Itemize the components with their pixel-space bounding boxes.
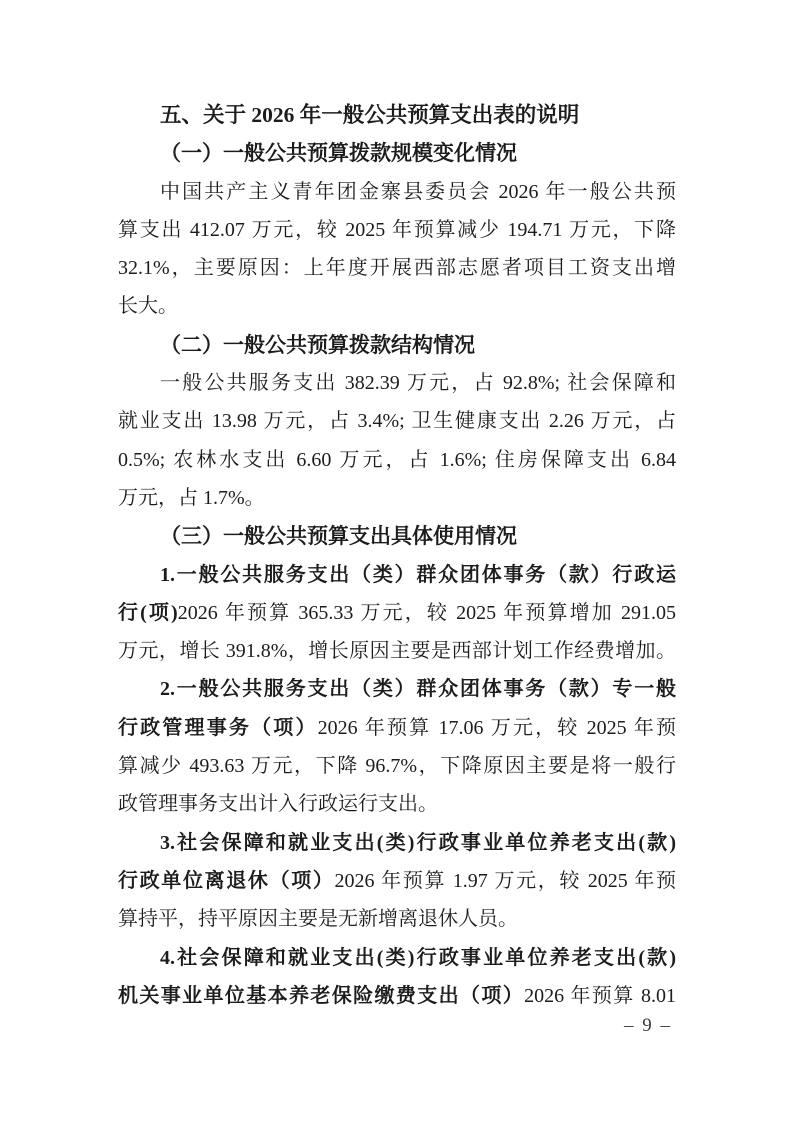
item-4-line: 机关事业单位基本养老保险缴费支出（项）2026 年预算 8.01 bbox=[118, 977, 676, 1015]
document-page: 五、关于 2026 年一般公共预算支出表的说明（一）一般公共预算拨款规模变化情况… bbox=[0, 0, 793, 1122]
bold-text-segment: （一）一般公共预算拨款规模变化情况 bbox=[160, 141, 517, 165]
para-structure-line: 万元，占 1.7%。 bbox=[118, 479, 676, 517]
bold-text-segment: 行政管理事务（项） bbox=[118, 717, 318, 739]
subsection-1-title: （一）一般公共预算拨款规模变化情况 bbox=[118, 134, 676, 172]
item-1-line: 行(项)2026 年预算 365.33 万元，较 2025 年预算增加 291.… bbox=[118, 594, 676, 632]
para-structure-line: 一般公共服务支出 382.39 万元，占 92.8%; 社会保障和 bbox=[118, 364, 676, 402]
text-segment: 2026 年预算 365.33 万元，较 2025 年预算增加 291.05 bbox=[178, 602, 676, 624]
bold-text-segment: （二）一般公共预算拨款结构情况 bbox=[160, 333, 475, 357]
bold-text-segment: 行(项) bbox=[118, 602, 178, 624]
item-2-line: 政管理事务支出计入行政运行支出。 bbox=[118, 785, 676, 823]
text-segment: 就业支出 13.98 万元，占 3.4%; 卫生健康支出 2.26 万元，占 bbox=[118, 410, 676, 432]
item-3-line: 3.社会保障和就业支出(类)行政事业单位养老支出(款) bbox=[118, 824, 676, 862]
document-body: 五、关于 2026 年一般公共预算支出表的说明（一）一般公共预算拨款规模变化情况… bbox=[118, 96, 676, 1015]
text-segment: 政管理事务支出计入行政运行支出。 bbox=[118, 793, 438, 815]
bold-text-segment: 2.一般公共服务支出（类）群众团体事务（款）专一般 bbox=[160, 678, 676, 700]
item-2-line: 2.一般公共服务支出（类）群众团体事务（款）专一般 bbox=[118, 670, 676, 708]
text-segment: 万元，增长 391.8%，增长原因主要是西部计划工作经费增加。 bbox=[118, 640, 676, 662]
text-segment: 中国共产主义青年团金寨县委员会 2026 年一般公共预 bbox=[160, 181, 676, 203]
bold-text-segment: 行政单位离退休（项） bbox=[118, 870, 335, 892]
bold-text-segment: 4.社会保障和就业支出(类)行政事业单位养老支出(款) bbox=[160, 947, 676, 969]
bold-text-segment: 1.一般公共服务支出（类）群众团体事务（款）行政运 bbox=[160, 564, 676, 586]
para-structure-line: 0.5%; 农林水支出 6.60 万元，占 1.6%; 住房保障支出 6.84 bbox=[118, 441, 676, 479]
subsection-3-title: （三）一般公共预算支出具体使用情况 bbox=[118, 517, 676, 555]
bold-text-segment: （三）一般公共预算支出具体使用情况 bbox=[160, 524, 517, 548]
item-2-line: 算减少 493.63 万元，下降 96.7%，下降原因主要是将一般行 bbox=[118, 747, 676, 785]
text-segment: 长大。 bbox=[118, 295, 178, 317]
item-4-line: 4.社会保障和就业支出(类)行政事业单位养老支出(款) bbox=[118, 939, 676, 977]
text-segment: 万元，占 1.7%。 bbox=[118, 487, 265, 509]
bold-text-segment: 五、关于 2026 年一般公共预算支出表的说明 bbox=[160, 103, 579, 127]
text-segment: 0.5%; 农林水支出 6.60 万元，占 1.6%; 住房保障支出 6.84 bbox=[118, 449, 676, 471]
para-structure-line: 就业支出 13.98 万元，占 3.4%; 卫生健康支出 2.26 万元，占 bbox=[118, 402, 676, 440]
text-segment: 算减少 493.63 万元，下降 96.7%，下降原因主要是将一般行 bbox=[118, 755, 676, 777]
para-scale-line: 中国共产主义青年团金寨县委员会 2026 年一般公共预 bbox=[118, 173, 676, 211]
section-title: 五、关于 2026 年一般公共预算支出表的说明 bbox=[118, 96, 676, 134]
text-segment: 2026 年预算 17.06 万元，较 2025 年预 bbox=[318, 717, 676, 739]
item-1-line: 1.一般公共服务支出（类）群众团体事务（款）行政运 bbox=[118, 556, 676, 594]
text-segment: 32.1%，主要原因：上年度开展西部志愿者项目工资支出增 bbox=[118, 257, 676, 279]
text-segment: 算持平，持平原因主要是无新增离退休人员。 bbox=[118, 908, 518, 930]
page-number: – 9 – bbox=[598, 1014, 698, 1038]
item-3-line: 行政单位离退休（项）2026 年预算 1.97 万元，较 2025 年预 bbox=[118, 862, 676, 900]
text-segment: 2026 年预算 1.97 万元，较 2025 年预 bbox=[335, 870, 676, 892]
text-segment: 算支出 412.07 万元，较 2025 年预算减少 194.71 万元，下降 bbox=[118, 219, 676, 241]
bold-text-segment: 机关事业单位基本养老保险缴费支出（项） bbox=[118, 985, 524, 1007]
para-scale-line: 长大。 bbox=[118, 287, 676, 325]
subsection-2-title: （二）一般公共预算拨款结构情况 bbox=[118, 326, 676, 364]
item-2-line: 行政管理事务（项）2026 年预算 17.06 万元，较 2025 年预 bbox=[118, 709, 676, 747]
para-scale-line: 算支出 412.07 万元，较 2025 年预算减少 194.71 万元，下降 bbox=[118, 211, 676, 249]
item-3-line: 算持平，持平原因主要是无新增离退休人员。 bbox=[118, 900, 676, 938]
para-scale-line: 32.1%，主要原因：上年度开展西部志愿者项目工资支出增 bbox=[118, 249, 676, 287]
text-segment: 一般公共服务支出 382.39 万元，占 92.8%; 社会保障和 bbox=[160, 372, 676, 394]
text-segment: 2026 年预算 8.01 bbox=[524, 985, 676, 1007]
bold-text-segment: 3.社会保障和就业支出(类)行政事业单位养老支出(款) bbox=[160, 832, 676, 854]
item-1-line: 万元，增长 391.8%，增长原因主要是西部计划工作经费增加。 bbox=[118, 632, 676, 670]
